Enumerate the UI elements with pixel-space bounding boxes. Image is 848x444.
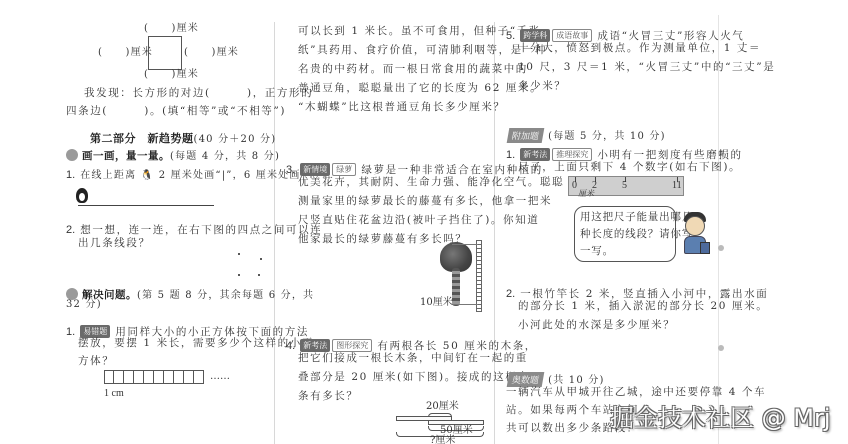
penguin-icon (76, 188, 88, 203)
topic-badge: 推理探究 (552, 148, 592, 161)
cube (144, 370, 154, 384)
cube (164, 370, 174, 384)
measure-line-bottom (452, 304, 478, 305)
ruler-mark-0: 0 (572, 180, 577, 191)
section3-heading: 画一画，量一量。(每题 4 分，共 8 分) (66, 144, 280, 163)
square-label-top: ( )厘米 (144, 24, 199, 34)
book-icon (700, 242, 710, 254)
question-number: 2. (66, 224, 75, 236)
page-edge-divider (718, 15, 719, 444)
problem-3-line2: 优美花卉，其耐阴、生命力强、能净化空气。聪聪 (298, 177, 564, 188)
section-number-icon (66, 149, 78, 161)
section3-title: 画一画，量一量。 (82, 150, 170, 162)
discovery-text-line2: 四条边( )。(填“相等”或“不相等”) (66, 106, 286, 117)
problem-5: 5. 跨学科成语故事 成语“火冒三丈”形容人火气 (506, 24, 744, 43)
problem-text-line1: 成语“火冒三丈”形容人火气 (597, 30, 744, 42)
cube (194, 370, 204, 384)
problem-text-line1: 小明有一把刻度有些磨损的 (597, 149, 742, 161)
total-length-label: ?厘米 (430, 436, 455, 444)
problem-text-line1: 绿萝是一种非常适合在室内种植的 (361, 164, 543, 176)
bonus-problem-2-line2: 的部分长 1 米，插入淤泥的部分长 20 厘米。 (518, 301, 768, 312)
problem-3-line4: 尺竖直贴住花盆边沿(被叶子挡住了)。你知道 (298, 215, 539, 226)
square-figure (148, 36, 182, 70)
discovery-text-line1: 我发现：长方形的对边( )，正方形的 (84, 88, 313, 99)
point-c (238, 274, 240, 276)
point-a (238, 253, 240, 255)
continued-text-line1: 可以长到 1 米长。虽不可食用，但种子“千张 (298, 26, 541, 37)
new-context-badge: 新情境 (300, 163, 330, 176)
problem-number: 3. (286, 164, 295, 176)
cube (104, 370, 114, 384)
problem-number: 1. (506, 149, 515, 161)
bonus-problem-1: 1. 新考法推理探究 小明有一把刻度有些磨损的 (506, 143, 743, 162)
topic-badge: 图形探究 (332, 339, 372, 352)
question-2: 2. 想一想，连一连，在右下图的四点之间可以连 (66, 218, 322, 237)
bonus-problem-2-line3: 小河此处的水深是多少厘米？ (518, 320, 675, 331)
section4-score-line1: (第 5 题 8 分，其余每题 6 分，共 (137, 290, 314, 301)
new-method-badge: 新考法 (520, 148, 550, 161)
point-d (258, 274, 260, 276)
olympiad-tag: 奥数题 (507, 372, 545, 387)
overlap-label: 20厘米 (426, 402, 459, 412)
question-number: 1. (66, 169, 75, 181)
cube-row-figure (104, 370, 204, 384)
bonus-tag: 附加题 (507, 128, 545, 143)
square-label-right: ( )厘米 (184, 48, 239, 58)
section4-score-line2: 32 分) (66, 300, 102, 310)
problem-1-line2: 摆放，要摆 1 米长，需要多少个这样的小正 (78, 338, 314, 349)
column-1: ( )厘米 ( )厘米 ( )厘米 ( )厘米 我发现：长方形的对边( )，正方… (0, 0, 848, 15)
continued-text-line5: “木蝴蝶”比这根普通豆角长多少厘米？ (298, 102, 506, 113)
continued-text-line4: 普通豆角，聪聪量出了它的长度为 62 厘米。 (298, 83, 542, 94)
cross-subject-badge: 跨学科 (520, 29, 550, 42)
margin-marker-3 (718, 345, 724, 351)
olympiad-line1: 一辆汽车从甲城开往乙城，途中还要停靠 4 个车 (506, 387, 766, 398)
topic-badge: 绿萝 (332, 163, 356, 176)
speech-bubble-line3: 一写。 (580, 246, 614, 257)
cube (174, 370, 184, 384)
point-b (260, 258, 262, 260)
section3-score: (每题 4 分，共 8 分) (170, 151, 280, 162)
section4-heading: 解决问题。(第 5 题 8 分，其余每题 6 分，共 (66, 283, 314, 302)
boy-head (685, 216, 705, 236)
question-text-line1: 想一想，连一连，在右下图的四点之间可以连 (80, 224, 322, 236)
cube (134, 370, 144, 384)
square-label-left: ( )厘米 (98, 48, 153, 58)
problem-4-line2: 把它们接成一根长木条，中间钉在一起的重 (298, 353, 528, 364)
bonus-problem-2: 2. 一根竹竿长 2 米，竖直插入小河中，露出水面 (506, 282, 768, 301)
problem-text-line1: 有两根各长 50 厘米的木条， (377, 340, 537, 352)
square-label-bottom: ( )厘米 (144, 70, 199, 80)
drawing-line[interactable] (78, 205, 214, 206)
problem-4-line3: 叠部分是 20 厘米(如下图)。接成的这根木 (298, 372, 529, 383)
problem-5-line2: 十分大，愤怒到极点。作为测量单位，1 丈＝ (518, 43, 761, 54)
cube-ellipsis: …… (210, 372, 230, 382)
bonus-problem-1-line2: 尺子，上面只剩下 4 个数字(如右下图)。 (518, 162, 741, 173)
speech-bubble-line2: 种长度的线段？请你写 (580, 229, 693, 240)
cube (114, 370, 124, 384)
problem-3: 3. 新情境绿萝 绿萝是一种非常适合在室内种植的 (286, 158, 543, 177)
cube-size-label: 1 cm (104, 388, 124, 399)
problem-number: 4. (286, 340, 295, 352)
cube (154, 370, 164, 384)
problem-number: 1. (66, 326, 75, 338)
continued-text-line2: 纸”具药用、食疗价值，可清肺利咽等，是一种 (298, 45, 547, 56)
question-2-line2: 出几条线段？ (78, 238, 151, 249)
problem-5-line3: 10 尺，3 尺＝1 米，“火冒三丈”中的“三丈”是 (518, 62, 775, 73)
plant-measure-label: 10厘米 (420, 298, 453, 308)
measure-line-top (452, 244, 478, 245)
meter-ruler (476, 240, 482, 312)
cube (184, 370, 194, 384)
topic-badge: 成语故事 (552, 29, 592, 42)
problem-3-line5: 他家最长的绿萝藤蔓有多长吗？ (298, 234, 467, 245)
problem-4: 4. 新考法图形探究 有两根各长 50 厘米的木条， (286, 334, 537, 353)
olympiad-heading: 奥数题 (共 10 分) (508, 368, 605, 387)
new-method-badge: 新考法 (300, 339, 330, 352)
olympiad-score: (共 10 分) (548, 375, 605, 386)
speech-bubble-line1: 用这把尺子能量出哪几 (580, 212, 693, 223)
ruler-mark-11: 11 (672, 180, 682, 191)
continued-text-line3: 名贵的中药材。而一根日常食用的蔬菜中的 (298, 64, 528, 75)
bonus-heading: 附加题 (每题 5 分，共 10 分) (508, 124, 666, 143)
problem-3-line3: 测量家里的绿萝最长的藤蔓有多长，他拿一把米 (298, 196, 552, 207)
plant-vine (452, 268, 460, 306)
problem-number: 5. (506, 30, 515, 42)
problem-number: 2. (506, 288, 515, 300)
ruler-unit-label: 厘米 (578, 190, 594, 198)
cube (124, 370, 134, 384)
problem-1-line3: 方体？ (78, 356, 114, 367)
problem-5-line4: 多少米？ (518, 81, 566, 92)
ruler-mark-5: 5 (622, 180, 627, 191)
problem-text-line1: 一根竹竿长 2 米，竖直插入小河中，露出水面 (520, 288, 768, 300)
bonus-score: (每题 5 分，共 10 分) (548, 131, 666, 142)
margin-marker-2 (718, 245, 724, 251)
watermark: 掘金技术社区 @ Mrj (610, 398, 831, 433)
problem-4-line4: 条有多长？ (298, 391, 359, 402)
